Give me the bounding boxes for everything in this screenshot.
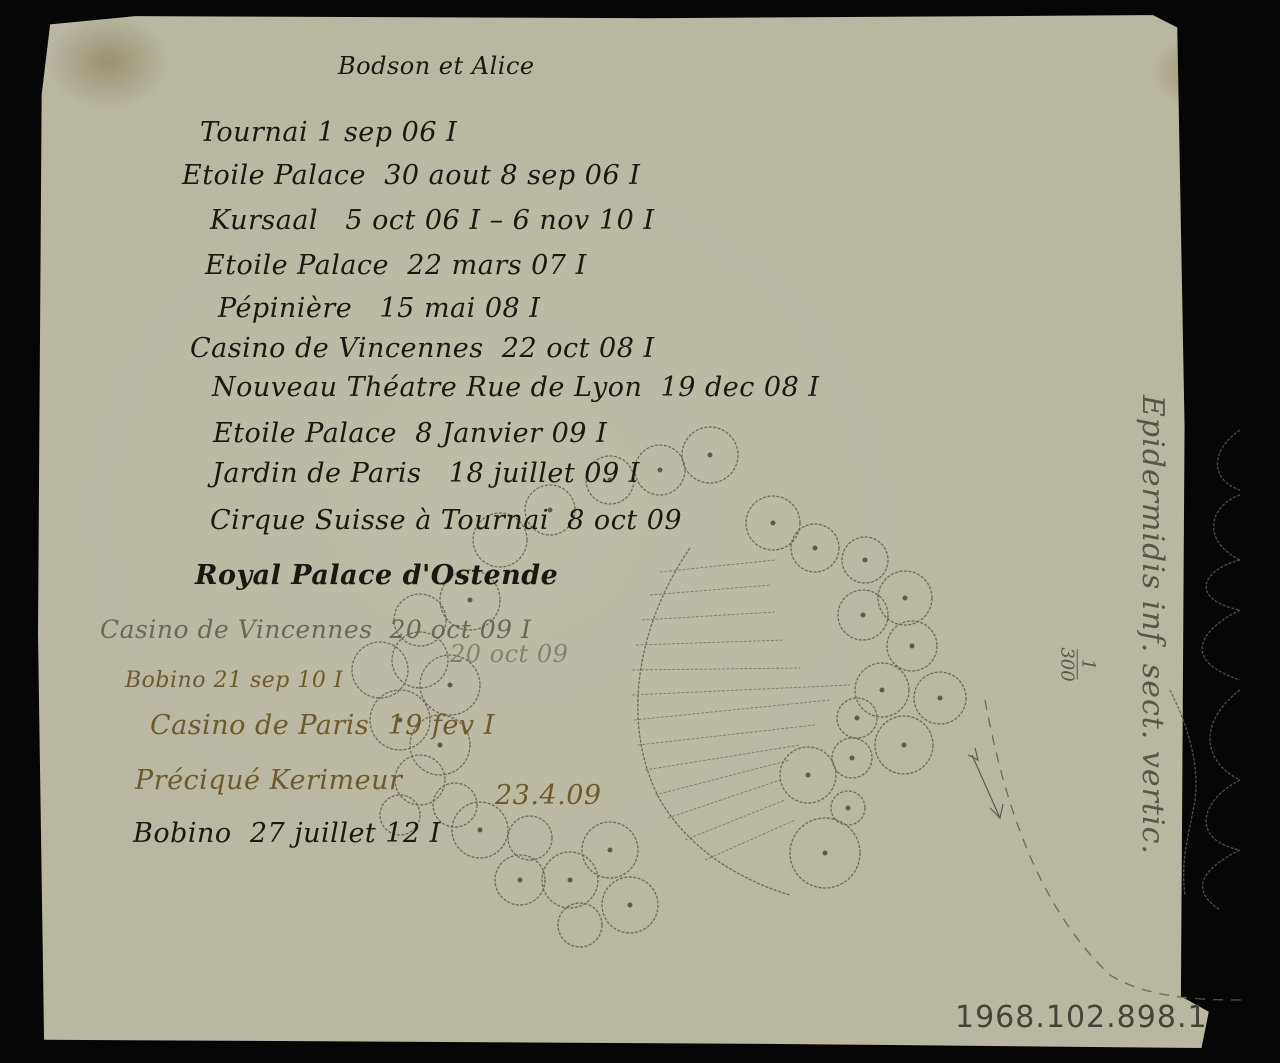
accession-number: 1968.102.898.1 <box>955 1000 1208 1035</box>
list-item: Bobino 27 juillet 12 I <box>133 818 441 849</box>
scale-numerator: 1 <box>1079 659 1097 670</box>
list-item: Bobino 21 sep 10 I <box>125 668 343 693</box>
document-heading: Bodson et Alice <box>338 52 535 80</box>
venue: Bobino <box>125 668 206 693</box>
list-item: Kursaal 5 oct 06 I – 6 nov 10 I <box>210 205 655 236</box>
date: 5 oct 06 I – 6 nov 10 I <box>345 205 654 236</box>
venue: Pépinière <box>218 293 352 324</box>
date: 22 oct 08 I <box>502 333 655 364</box>
date: 8 Janvier 09 I <box>415 418 607 449</box>
venue: Etoile Palace <box>213 418 397 449</box>
list-item: Pépinière 15 mai 08 I <box>218 293 540 324</box>
list-item: Nouveau Théatre Rue de Lyon 19 dec 08 I <box>212 372 820 403</box>
venue: Cirque Suisse à Tournai <box>210 505 549 536</box>
sketch-caption: Epidermidis inf. sect. vertic. <box>1135 395 1170 855</box>
date: 23.4.09 <box>495 780 602 811</box>
date: 21 sep 10 I <box>213 668 343 693</box>
venue: Etoile Palace <box>182 160 366 191</box>
venue: Tournai <box>200 117 308 148</box>
list-item: Cirque Suisse à Tournai 8 oct 09 <box>210 505 682 536</box>
list-item: Préciqué Kerimeur <box>135 765 402 796</box>
venue: Royal Palace d'Ostende <box>195 560 558 591</box>
venue: Bobino <box>133 818 232 849</box>
list-item: Etoile Palace 30 aout 8 sep 06 I <box>182 160 640 191</box>
venue: Préciqué Kerimeur <box>135 765 402 796</box>
list-item: Royal Palace d'Ostende <box>195 560 558 591</box>
venue: Jardin de Paris <box>212 458 422 489</box>
list-item: Etoile Palace 8 Janvier 09 I <box>213 418 607 449</box>
date: 30 aout 8 sep 06 I <box>384 160 640 191</box>
list-item: Casino de Vincennes 22 oct 08 I <box>190 333 655 364</box>
date: 27 juillet 12 I <box>250 818 441 849</box>
date: 19 dec 08 I <box>661 372 820 403</box>
venue: Casino de Vincennes <box>190 333 484 364</box>
scale-denominator: 300 <box>1058 647 1076 681</box>
scale-fraction: 1 300 <box>1058 647 1097 681</box>
list-item: Casino de Paris 19 fev I <box>150 710 495 741</box>
venue: Nouveau Théatre Rue de Lyon <box>212 372 642 403</box>
date: 15 mai 08 I <box>380 293 541 324</box>
date: 22 mars 07 I <box>407 250 587 281</box>
date: 19 fev I <box>387 710 494 741</box>
list-item: Jardin de Paris 18 juillet 09 I <box>212 458 640 489</box>
venue: Casino de Paris <box>150 710 369 741</box>
date: 1 sep 06 I <box>317 117 457 148</box>
date: 18 juillet 09 I <box>449 458 640 489</box>
venue: Casino de Vincennes <box>100 615 373 644</box>
list-item: Etoile Palace 22 mars 07 I <box>205 250 587 281</box>
venue: Kursaal <box>210 205 318 236</box>
overwritten-date: 20 oct 09 <box>450 640 568 668</box>
venue: Etoile Palace <box>205 250 389 281</box>
date: 8 oct 09 <box>567 505 682 536</box>
list-item: Tournai 1 sep 06 I <box>200 117 457 148</box>
